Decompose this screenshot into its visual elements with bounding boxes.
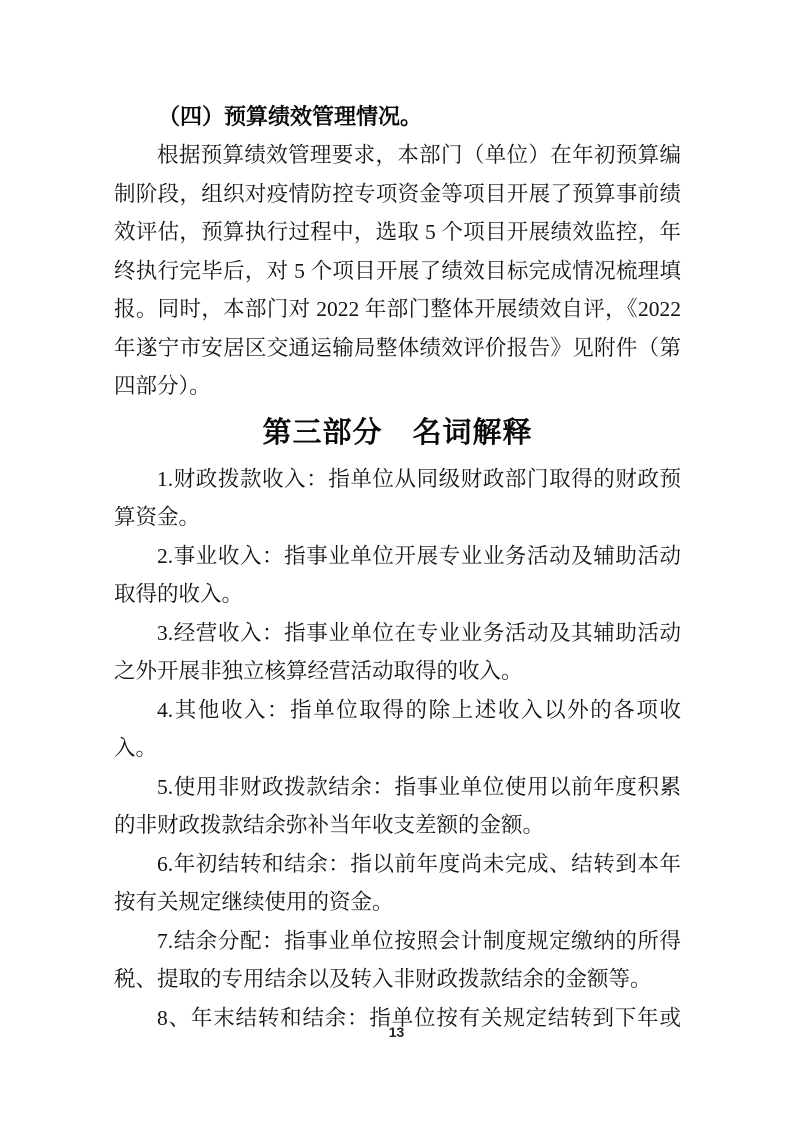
text-line: 根据预算绩效管理要求，本部门（单位）在年初预算编 <box>114 136 681 175</box>
section-heading: （四）预算绩效管理情况。 <box>114 97 681 136</box>
part-title: 第三部分 名词解释 <box>114 406 681 460</box>
text-line: 终执行完毕后，对 5 个项目开展了绩效目标完成情况梳理填 <box>114 252 681 291</box>
text-line: 取得的收入。 <box>114 575 681 614</box>
text-line: 效评估，预算执行过程中，选取 5 个项目开展绩效监控，年 <box>114 213 681 252</box>
document-content: （四）预算绩效管理情况。根据预算绩效管理要求，本部门（单位）在年初预算编制阶段，… <box>114 97 681 1037</box>
paragraph: 6.年初结转和结余：指以前年度尚未完成、结转到本年按有关规定继续使用的资金。 <box>114 845 681 922</box>
text-line: 税、提取的专用结余以及转入非财政拨款结余的金额等。 <box>114 960 681 999</box>
text-line: 1.财政拨款收入：指单位从同级财政部门取得的财政预 <box>114 460 681 499</box>
text-line: 3.经营收入：指事业单位在专业业务活动及其辅助活动 <box>114 614 681 653</box>
text-line: 的非财政拨款结余弥补当年收支差额的金额。 <box>114 806 681 845</box>
page-number: 13 <box>0 1024 793 1040</box>
text-line: 四部分）。 <box>114 367 681 406</box>
text-line: 4.其他收入：指单位取得的除上述收入以外的各项收 <box>114 691 681 730</box>
text-line: 7.结余分配：指事业单位按照会计制度规定缴纳的所得 <box>114 922 681 961</box>
text-line: 报。同时，本部门对 2022 年部门整体开展绩效自评，《2022 <box>114 290 681 329</box>
paragraph: 根据预算绩效管理要求，本部门（单位）在年初预算编制阶段，组织对疫情防控专项资金等… <box>114 136 681 406</box>
text-line: 之外开展非独立核算经营活动取得的收入。 <box>114 652 681 691</box>
document-page: （四）预算绩效管理情况。根据预算绩效管理要求，本部门（单位）在年初预算编制阶段，… <box>0 0 793 1122</box>
paragraph: 5.使用非财政拨款结余：指事业单位使用以前年度积累的非财政拨款结余弥补当年收支差… <box>114 768 681 845</box>
text-line: 5.使用非财政拨款结余：指事业单位使用以前年度积累 <box>114 768 681 807</box>
text-line: 6.年初结转和结余：指以前年度尚未完成、结转到本年 <box>114 845 681 884</box>
text-line: 制阶段，组织对疫情防控专项资金等项目开展了预算事前绩 <box>114 175 681 214</box>
paragraph: 2.事业收入：指事业单位开展专业业务活动及辅助活动取得的收入。 <box>114 537 681 614</box>
text-line: 算资金。 <box>114 498 681 537</box>
paragraph: 3.经营收入：指事业单位在专业业务活动及其辅助活动之外开展非独立核算经营活动取得… <box>114 614 681 691</box>
paragraph: 1.财政拨款收入：指单位从同级财政部门取得的财政预算资金。 <box>114 460 681 537</box>
paragraph: 4.其他收入：指单位取得的除上述收入以外的各项收入。 <box>114 691 681 768</box>
paragraph: 7.结余分配：指事业单位按照会计制度规定缴纳的所得税、提取的专用结余以及转入非财… <box>114 922 681 999</box>
text-line: 入。 <box>114 729 681 768</box>
text-line: 2.事业收入：指事业单位开展专业业务活动及辅助活动 <box>114 537 681 576</box>
text-line: 按有关规定继续使用的资金。 <box>114 883 681 922</box>
text-line: 年遂宁市安居区交通运输局整体绩效评价报告》见附件（第 <box>114 329 681 368</box>
